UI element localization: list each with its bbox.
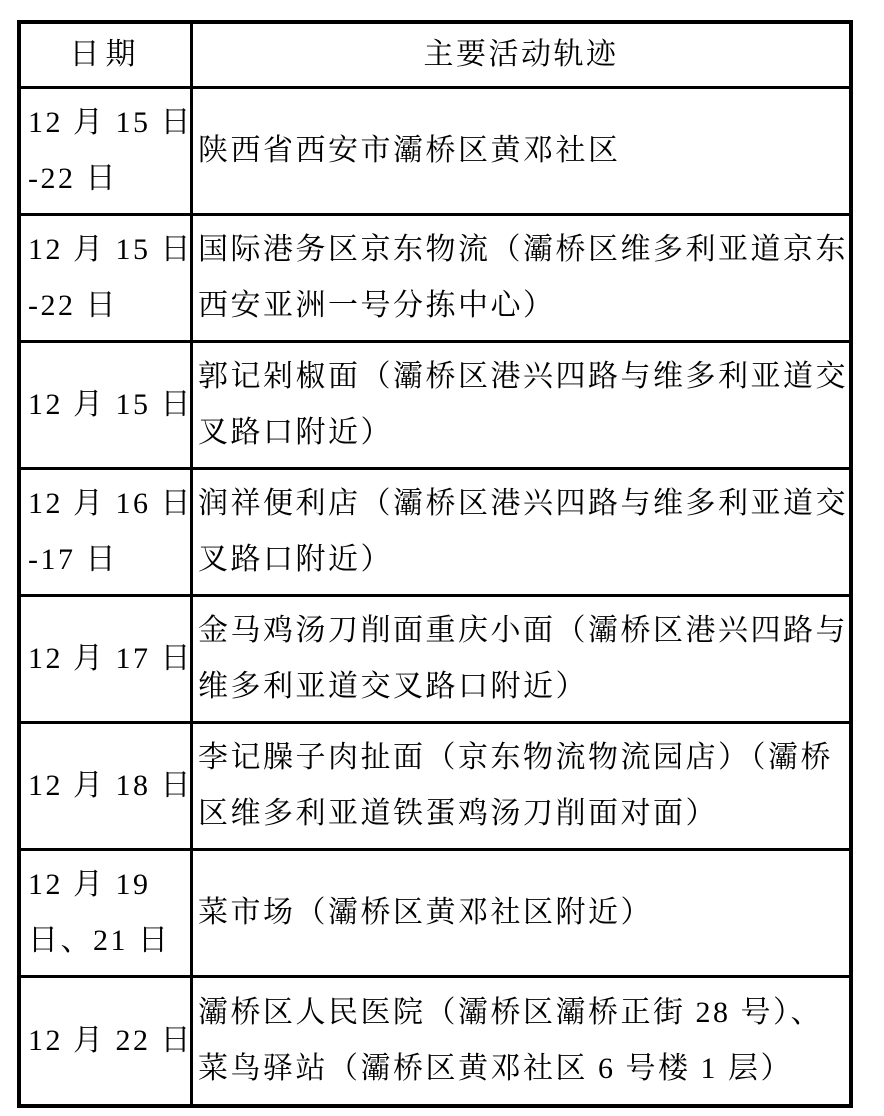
date-line: 12 月 15 日 [28,222,190,278]
date-line: -22 日 [28,151,190,207]
activity-text: 菜市场（灞桥区黄邓社区附近） [198,885,849,941]
activity-text: 国际港务区京东物流（灞桥区维多利亚道京东西安亚洲一号分拣中心） [198,222,849,334]
activity-cell: 国际港务区京东物流（灞桥区维多利亚道京东西安亚洲一号分拣中心） [193,216,849,340]
activity-cell: 郭记剁椒面（灞桥区港兴四路与维多利亚道交叉路口附近） [193,343,849,467]
date-cell: 12 月 22 日 [21,978,193,1104]
date-cell: 12 月 19日、21 日 [21,851,193,975]
table-row: 12 月 17 日 金马鸡汤刀削面重庆小面（灞桥区港兴四路与维多利亚道交叉路口附… [21,594,849,721]
activity-text: 金马鸡汤刀削面重庆小面（灞桥区港兴四路与维多利亚道交叉路口附近） [198,603,849,715]
date-line: 12 月 17 日 [28,631,190,687]
date-cell: 12 月 15 日 [21,343,193,467]
activity-trajectory-table: 日期 主要活动轨迹 12 月 15 日-22 日 陕西省西安市灞桥区黄邓社区 1… [17,20,853,1108]
header-activity-label: 主要活动轨迹 [193,27,849,83]
date-line: 12 月 18 日 [28,758,190,814]
date-cell: 12 月 17 日 [21,597,193,721]
date-line: 12 月 22 日 [28,1013,190,1069]
table-row: 12 月 18 日 李记臊子肉扯面（京东物流物流园店）（灞桥区维多利亚道铁蛋鸡汤… [21,721,849,848]
header-activity-cell: 主要活动轨迹 [193,24,849,86]
activity-cell: 李记臊子肉扯面（京东物流物流园店）（灞桥区维多利亚道铁蛋鸡汤刀削面对面） [193,724,849,848]
table-row: 12 月 22 日 灞桥区人民医院（灞桥区灞桥正街 28 号）、菜鸟驿站（灞桥区… [21,975,849,1104]
activity-text: 陕西省西安市灞桥区黄邓社区 [198,123,849,179]
activity-text: 润祥便利店（灞桥区港兴四路与维多利亚道交叉路口附近） [198,476,849,588]
activity-cell: 金马鸡汤刀削面重庆小面（灞桥区港兴四路与维多利亚道交叉路口附近） [193,597,849,721]
header-date-cell: 日期 [21,24,193,86]
date-cell: 12 月 15 日-22 日 [21,89,193,213]
activity-cell: 陕西省西安市灞桥区黄邓社区 [193,89,849,213]
date-line: -17 日 [28,532,190,588]
date-line: 日、21 日 [28,913,190,969]
table-row: 12 月 19日、21 日 菜市场（灞桥区黄邓社区附近） [21,848,849,975]
table-row: 12 月 15 日-22 日 国际港务区京东物流（灞桥区维多利亚道京东西安亚洲一… [21,213,849,340]
date-cell: 12 月 18 日 [21,724,193,848]
activity-cell: 菜市场（灞桥区黄邓社区附近） [193,851,849,975]
activity-text: 灞桥区人民医院（灞桥区灞桥正街 28 号）、菜鸟驿站（灞桥区黄邓社区 6 号楼 … [198,985,849,1097]
date-cell: 12 月 16 日-17 日 [21,470,193,594]
header-row: 日期 主要活动轨迹 [21,24,849,86]
date-cell: 12 月 15 日-22 日 [21,216,193,340]
date-line: -22 日 [28,278,190,334]
activity-text: 郭记剁椒面（灞桥区港兴四路与维多利亚道交叉路口附近） [198,349,849,461]
page: 日期 主要活动轨迹 12 月 15 日-22 日 陕西省西安市灞桥区黄邓社区 1… [0,0,884,1116]
table-row: 12 月 15 日 郭记剁椒面（灞桥区港兴四路与维多利亚道交叉路口附近） [21,340,849,467]
activity-cell: 灞桥区人民医院（灞桥区灞桥正街 28 号）、菜鸟驿站（灞桥区黄邓社区 6 号楼 … [193,978,849,1104]
date-line: 12 月 15 日 [28,95,190,151]
table-row: 12 月 15 日-22 日 陕西省西安市灞桥区黄邓社区 [21,86,849,213]
table-row: 12 月 16 日-17 日 润祥便利店（灞桥区港兴四路与维多利亚道交叉路口附近… [21,467,849,594]
date-line: 12 月 15 日 [28,377,190,433]
activity-cell: 润祥便利店（灞桥区港兴四路与维多利亚道交叉路口附近） [193,470,849,594]
activity-text: 李记臊子肉扯面（京东物流物流园店）（灞桥区维多利亚道铁蛋鸡汤刀削面对面） [198,730,849,842]
date-line: 12 月 19 [28,857,190,913]
date-line: 12 月 16 日 [28,476,190,532]
header-date-label: 日期 [21,27,190,83]
